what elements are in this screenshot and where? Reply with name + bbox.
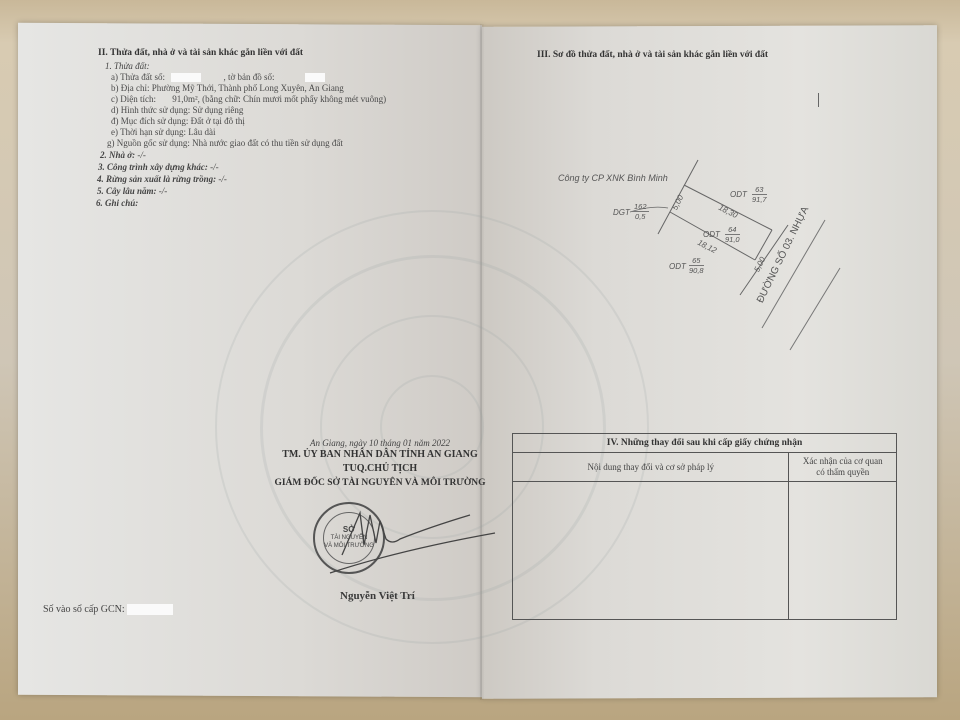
tick-mark (818, 93, 819, 107)
house-item: 2. Nhà ở: -/- (100, 150, 146, 160)
redacted-value (305, 73, 325, 82)
forest-item: 4. Rừng sản xuất là rừng trồng: -/- (97, 174, 227, 184)
notes-item: 6. Ghi chú: (96, 198, 138, 208)
authority-confirmation-cell (789, 482, 897, 620)
construction-item: 3. Công trình xây dựng khác: -/- (98, 162, 219, 172)
redacted-value (127, 604, 173, 615)
land-item-purpose: đ) Mục đích sử dụng: Đất ở tại đô thị (111, 116, 245, 126)
parcel-65-type: ODT (669, 262, 686, 271)
sign-date: An Giang, ngày 10 tháng 01 năm 2022 (250, 438, 510, 448)
parcel-162-type: DGT (613, 208, 630, 217)
parcel-63-type: ODT (730, 190, 747, 199)
authority-line: TM. ỦY BAN NHÂN DÂN TỈNH AN GIANG (250, 448, 510, 462)
signer-name: Nguyễn Việt Trí (340, 590, 415, 602)
land-item-usage-form: d) Hình thức sử dụng: Sử dụng riêng (111, 105, 243, 115)
signature-block: An Giang, ngày 10 tháng 01 năm 2022 TM. … (250, 438, 510, 490)
neighbor-company-label: Công ty CP XNK Bình Minh (558, 173, 668, 183)
section-iii-title: III. Sơ đồ thửa đất, nhà ở và tài sản kh… (537, 50, 768, 60)
parcel-65-fraction: 65 90,8 (689, 256, 704, 275)
parcel-64-type: ODT (703, 230, 720, 239)
handwritten-signature (320, 505, 500, 575)
land-item-parcel: a) Thửa đất số: , tờ bản đồ số: (111, 72, 325, 82)
land-item-address: b) Địa chỉ: Phường Mỹ Thới, Thành phố Lo… (111, 83, 344, 93)
land-item-origin: g) Nguồn gốc sử dụng: Nhà nước giao đất … (107, 138, 343, 148)
parcel-162-fraction: 162 0,5 (632, 202, 649, 221)
column-header-content: Nội dung thay đổi và cơ sở pháp lý (513, 453, 789, 482)
gcn-registration: Số vào sổ cấp GCN: (43, 604, 173, 615)
land-item-term: e) Thời hạn sử dụng: Lâu dài (111, 127, 215, 137)
section-ii-title: II. Thửa đất, nhà ở và tài sản khác gắn … (98, 48, 303, 58)
land-item-area: c) Diện tích: 91,0m², (bằng chữ: Chín mư… (111, 94, 386, 104)
changes-table: IV. Những thay đổi sau khi cấp giấy chứn… (512, 433, 897, 620)
authority-role: TUQ.CHỦ TỊCH (250, 462, 510, 476)
redacted-value (171, 73, 201, 82)
changes-content-cell (513, 482, 789, 620)
column-header-authority: Xác nhận của cơ quan có thẩm quyền (789, 453, 897, 482)
changes-table-title: IV. Những thay đổi sau khi cấp giấy chứn… (513, 434, 897, 453)
parcel-64-fraction: 64 91,0 (725, 225, 740, 244)
land-heading: 1. Thửa đất: (105, 61, 150, 71)
parcel-63-fraction: 63 91,7 (752, 185, 767, 204)
perennial-item: 5. Cây lâu năm: -/- (97, 186, 167, 196)
authority-title: GIÁM ĐỐC SỞ TÀI NGUYÊN VÀ MÔI TRƯỜNG (250, 476, 510, 490)
